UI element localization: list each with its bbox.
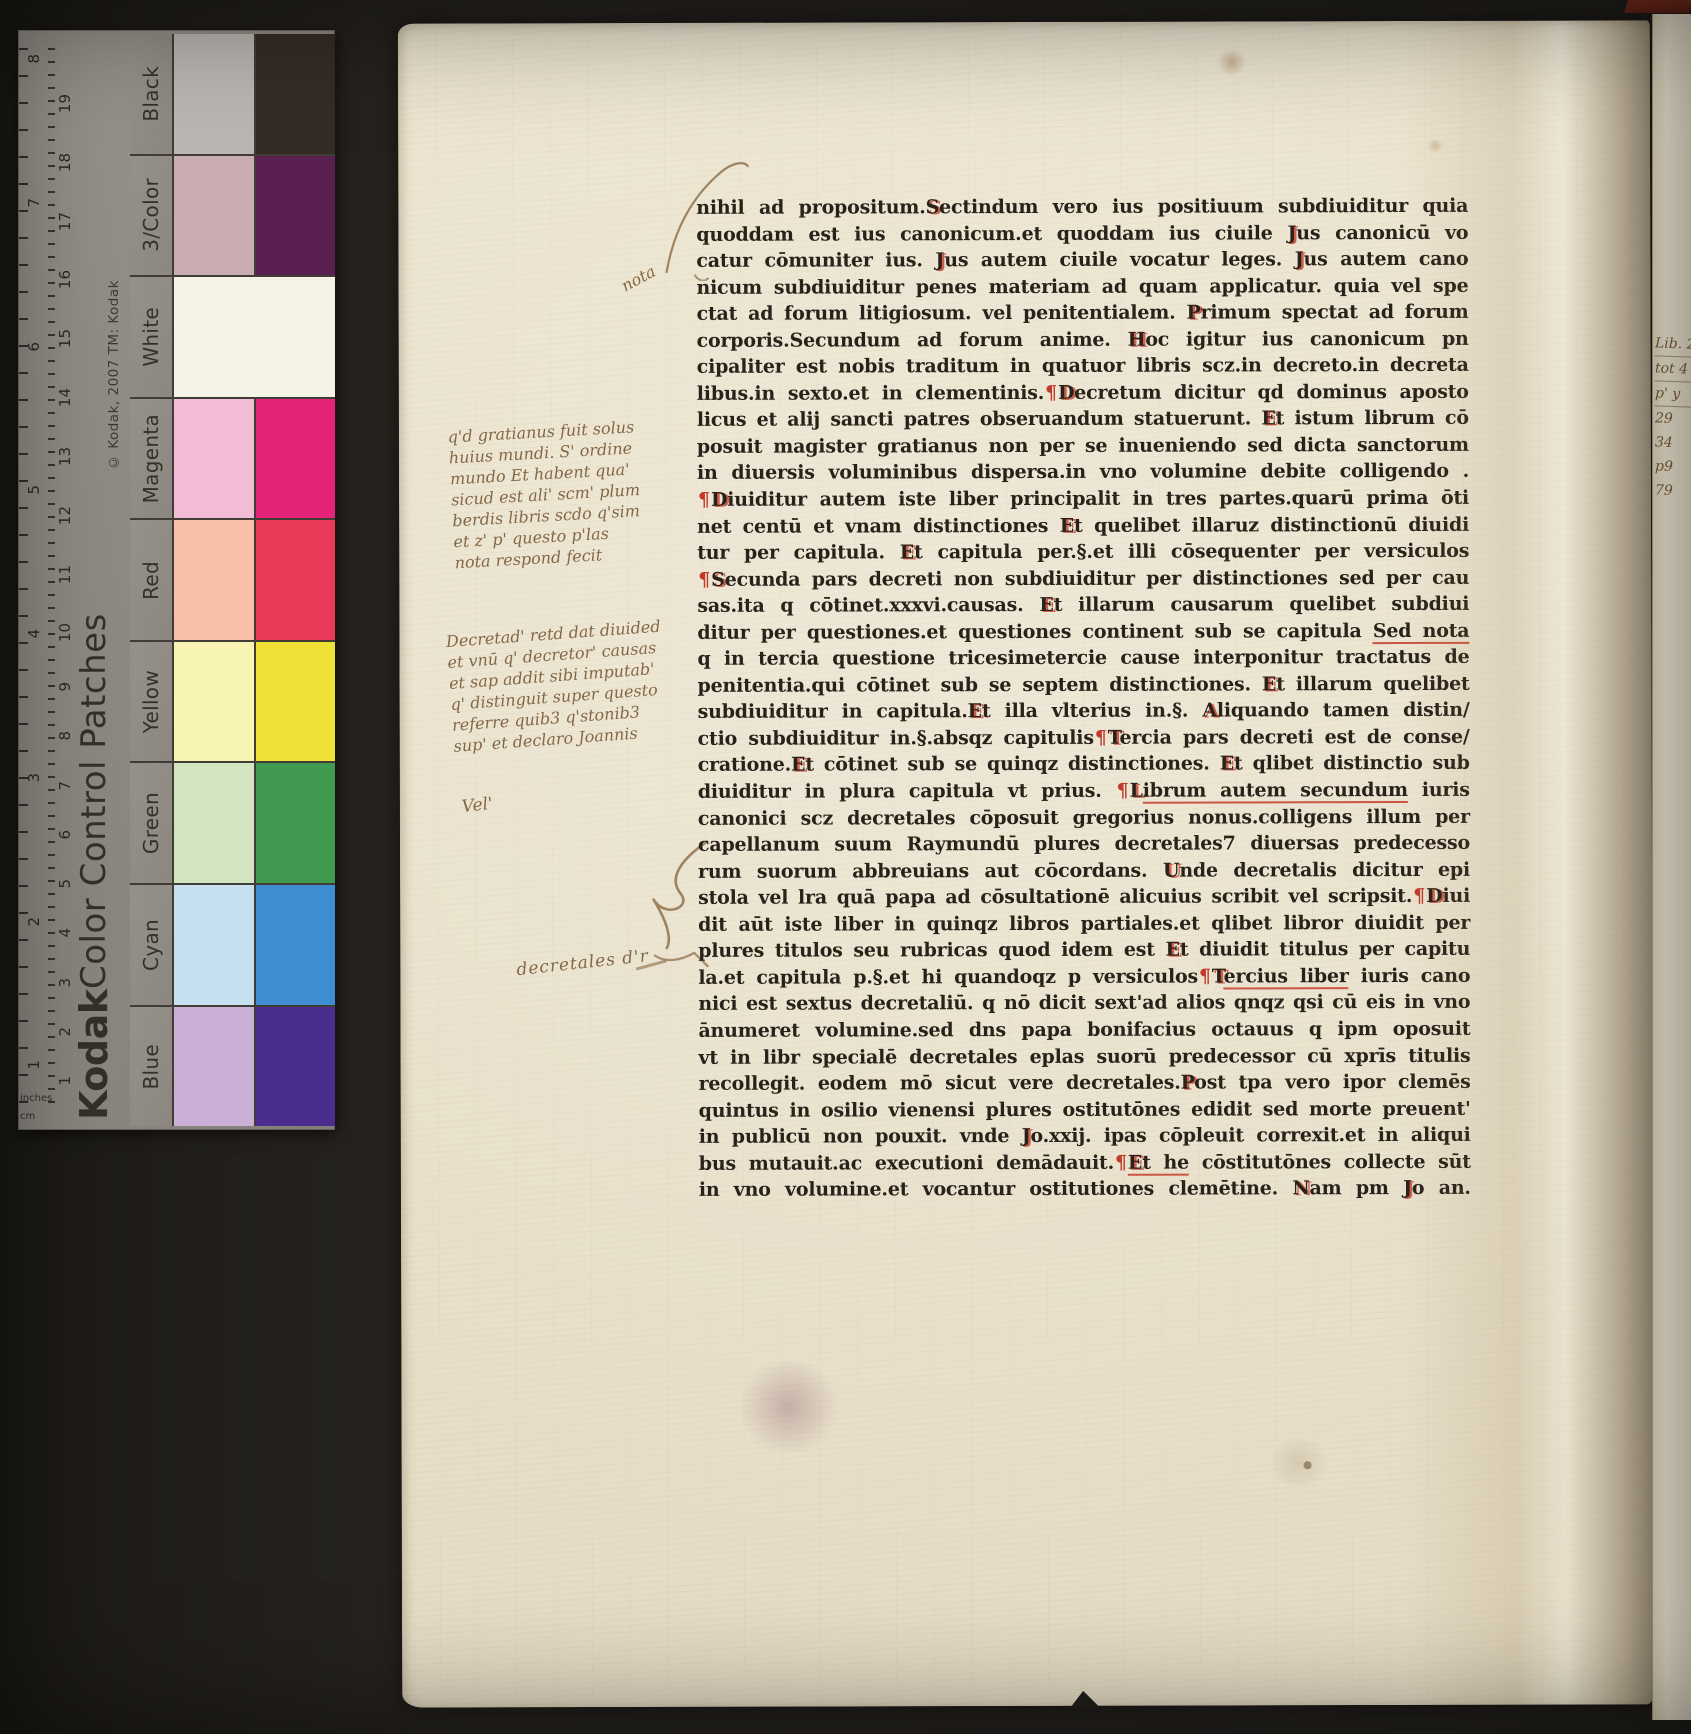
patch-label-black: Black (139, 66, 163, 122)
rubricated-text: E (1262, 673, 1276, 695)
text-line: diuiditur in plura capitula vt prius. ¶L… (698, 777, 1470, 806)
text-line: ¶Secunda pars decreti non subdiuiditur p… (697, 564, 1469, 593)
text-line: catur cōmuniter ius. Jus autem ciuile vo… (696, 246, 1468, 275)
smudge-stain (1264, 1439, 1334, 1485)
rubricated-text: J (1287, 222, 1296, 244)
text-line: net centū et vnam distinctiones Et queli… (697, 511, 1469, 540)
text-segment: posuit magister gratianus non per se inu… (697, 434, 1469, 458)
text-line: ctio subdiuiditur in.§.absqz capitulis¶T… (698, 724, 1470, 753)
text-segment: sas.ita q cōtinet.xxxvi.causas. (697, 594, 1039, 617)
margin-note-decretales: decretales d'r (516, 946, 650, 981)
margin-nota-mark: nota (618, 262, 659, 296)
patch-label-cell: Cyan (130, 885, 172, 1005)
patch-label-cell: White (130, 277, 172, 397)
rubricated-text: E (791, 754, 805, 776)
rubricated-text: t he (1142, 1151, 1189, 1175)
ink-stain (731, 1360, 846, 1452)
text-line: ānumeret volumine.sed dns papa bonifaciu… (698, 1016, 1470, 1045)
text-segment: ecunda pars decreti non subdiuiditur per… (725, 566, 1470, 590)
rubricated-text: D (1426, 885, 1442, 907)
patch-label-cell: 3/Color (130, 156, 172, 276)
text-segment: nihil ad propositum. (696, 196, 925, 219)
text-segment: in diuersis voluminibus dispersa.in vno … (697, 460, 1469, 484)
patch-row-blue: Blue (130, 1007, 335, 1127)
rubricated-text: T (1212, 965, 1224, 987)
rubricated-text: E (1165, 939, 1179, 961)
rubricated-text: D (1058, 382, 1074, 404)
rubricated-text: T (1108, 727, 1120, 749)
color-patch-black-full (256, 34, 336, 154)
text-line: vt in libr specialē decretales eplas suo… (698, 1042, 1470, 1071)
patch-label-yellow: Yellow (139, 670, 163, 733)
text-line: in diuersis voluminibus dispersa.in vno … (697, 458, 1469, 487)
patch-label-white: White (139, 307, 163, 367)
rubricated-text: D (711, 489, 727, 511)
color-patch-black-light (174, 34, 254, 154)
text-segment: ditur per questiones.et questiones conti… (697, 620, 1373, 644)
text-line: in vno volumine.et vocantur ostitutiones… (699, 1175, 1471, 1204)
fore-edge-jotting: 79 (1655, 478, 1691, 503)
text-segment: nicum subdiuiditur penes materiam ad qua… (696, 274, 1468, 298)
ruler-inch-number: 3 (25, 773, 43, 783)
ruler-cm-number: 16 (56, 270, 74, 289)
text-segment: rimum spectat ad forum (1201, 301, 1469, 324)
ruler-unit-cm: cm (20, 1111, 35, 1122)
rubricated-text: J (1295, 248, 1304, 270)
text-line: corporis.Secundum ad forum anime. Hoc ig… (697, 326, 1469, 355)
ruler-inch-number: 2 (25, 917, 43, 927)
foxing-stain (1216, 49, 1248, 75)
text-segment: us canonicū vo (1296, 221, 1468, 243)
text-line: posuit magister gratianus non per se inu… (697, 432, 1469, 461)
text-segment: t diuidit titulus per capitu (1180, 938, 1470, 961)
text-line: subdiuiditur in capitula.Et illa vlteriu… (698, 697, 1470, 726)
patch-row-magenta: Magenta (130, 399, 335, 519)
text-line: quoddam est ius canonicum.et quoddam ius… (696, 219, 1468, 248)
margin-note-gloss: Vel' (461, 794, 494, 818)
rubricated-text: E (1039, 594, 1053, 616)
binding-edge (1624, 0, 1691, 13)
color-patch-3color-full (256, 156, 336, 276)
text-line: capellanum suum Raymundū plures decretal… (698, 830, 1470, 859)
rubricated-text: E (1261, 408, 1275, 430)
fore-edge-jotting: tot 4 (1655, 356, 1691, 382)
text-segment: in publicū non pouxit. vnde (699, 1125, 1022, 1148)
rubricated-text: J (1022, 1125, 1031, 1147)
text-line: dit aūt iste liber in quinqz libros part… (698, 910, 1470, 939)
text-line: plures titulos seu rubricas quod idem es… (698, 936, 1470, 965)
text-line: nici est sextus decretaliū. q nō dicit s… (698, 989, 1470, 1018)
fore-edge-jotting: 29 (1655, 406, 1691, 431)
text-line: sas.ita q cōtinet.xxxvi.causas. Et illar… (697, 591, 1469, 620)
ruler-cm-number: 14 (56, 388, 74, 407)
patch-row-white: White (130, 277, 335, 397)
text-line: in publicū non pouxit. vnde Jo.xxij. ipa… (699, 1122, 1471, 1151)
ruler-inch-number: 8 (25, 54, 43, 64)
text-segment: t illarum causarum quelibet subdiui (1054, 593, 1470, 616)
patch-label-blue: Blue (139, 1044, 163, 1089)
color-patch-cyan-light (174, 885, 254, 1005)
patch-label-magenta: Magenta (139, 414, 163, 503)
text-segment: la.et capitula p.§.et hi quandoqz p vers… (698, 965, 1198, 988)
fore-edge-jotting: Lib. 2 (1655, 331, 1691, 357)
rubricated-text: E (1060, 514, 1074, 536)
text-segment: ost tpa vero ipor clemēs (1194, 1071, 1470, 1094)
text-segment: recollegit. eodem mō sicut vere decretal… (699, 1072, 1181, 1095)
color-patch-magenta-full (256, 399, 336, 519)
rubricated-text: H (1128, 328, 1146, 350)
rubricated-text: S (926, 196, 940, 218)
rubricated-text: E (1220, 753, 1234, 775)
rubricated-text: J (935, 249, 944, 271)
patch-label-cell: Red (130, 520, 172, 640)
text-segment: us autem cano (1303, 248, 1468, 270)
text-segment: am pm (1309, 1177, 1403, 1199)
page-tear (1070, 1691, 1100, 1708)
fore-edge-jottings: Lib. 2tot 4p' y2934p979 (1655, 332, 1691, 503)
text-segment: ctio subdiuiditur in.§.absqz capitulis (698, 727, 1094, 750)
kodak-title-rest: Color Control Patches (74, 614, 114, 990)
patch-label-red: Red (139, 561, 163, 600)
kodak-brand-title: Kodak Color Control Patches (72, 440, 116, 1120)
patch-row-cyan: Cyan (130, 885, 335, 1005)
ink-speck (1304, 1461, 1312, 1469)
color-patch-green-full (256, 763, 336, 883)
rubricated-text: N (1292, 1177, 1309, 1199)
rubricated-text: U (1163, 859, 1179, 881)
text-segment: dit aūt iste liber in quinqz libros part… (698, 912, 1470, 936)
text-segment: bus mutauit.ac executioni demādauit. (699, 1151, 1114, 1174)
text-segment: nde decretalis dicitur epi (1179, 859, 1470, 882)
color-patch-magenta-light (174, 399, 254, 519)
color-patch-red-full (256, 520, 336, 640)
rubricated-text: S (711, 568, 725, 590)
text-line: licus et alij sancti patres obseruandum … (697, 405, 1469, 434)
patch-label-3color: 3/Color (139, 178, 163, 252)
rubricated-text: ercius liber (1224, 965, 1349, 989)
text-line: ditur per questiones.et questiones conti… (697, 618, 1469, 647)
text-segment: diuiditur in plura capitula vt prius. (698, 780, 1116, 803)
text-line: cratione.Et cōtinet sub se quinqz distin… (698, 750, 1470, 779)
text-segment: t illa vlterius in.§. (982, 700, 1202, 723)
text-segment: t capitula per.§.et illi cōsequenter per… (914, 540, 1469, 563)
text-segment: o.xxij. ipas cōpleuit correxit.et in ali… (1030, 1124, 1470, 1147)
ruler-cm-number: 19 (56, 94, 74, 113)
rubricated-text: ¶ (1114, 1151, 1128, 1173)
text-segment: t cōtinet sub se quinqz distinctiones. (805, 753, 1219, 776)
text-segment: t istum librum cō (1276, 407, 1469, 430)
text-segment: catur cōmuniter ius. (696, 249, 935, 272)
text-line: recollegit. eodem mō sicut vere decretal… (699, 1069, 1471, 1098)
patch-row-yellow: Yellow (130, 642, 335, 762)
ruler-inch-number: 5 (25, 485, 43, 495)
text-segment: ectindum vero ius positiuum subdiuiditur… (939, 195, 1468, 218)
text-segment: penitentia.qui cōtinet sub se septem dis… (698, 673, 1262, 696)
text-segment: capellanum suum Raymundū plures decretal… (698, 832, 1470, 856)
text-segment: canonici scz decretales cōposuit gregori… (698, 805, 1470, 829)
text-segment: libus.in sexto.et in clementinis. (697, 382, 1044, 405)
kodak-color-strip: 87654321 19181716151413121110987654321 ©… (18, 30, 335, 1130)
text-segment: licus et alij sancti patres obseruandum … (697, 408, 1262, 431)
text-line: bus mutauit.ac executioni demādauit.¶Et … (699, 1149, 1471, 1178)
rubricated-text: ¶ (697, 489, 711, 511)
text-line: quintus in osilio vienensi plures ostitu… (699, 1095, 1471, 1124)
rubricated-text: ¶ (1198, 965, 1212, 987)
ruler-unit-inches: inches (20, 1093, 52, 1104)
text-segment: ercia pars decreti est de conse/ (1119, 726, 1469, 749)
rubricated-text: L (1130, 780, 1143, 802)
color-patch-cyan-full (256, 885, 336, 1005)
text-segment: rum suorum abbreuians aut cōcordans. (698, 859, 1163, 882)
rubricated-text: P (1186, 302, 1200, 324)
rubricated-text: E (1128, 1151, 1142, 1175)
text-line: stola vel lra quā papa ad cōsultationē a… (698, 883, 1470, 912)
color-patch-blue-light (174, 1007, 254, 1127)
ruler-inch-numbers: 87654321 (22, 54, 46, 1070)
color-patch-green-light (174, 763, 254, 883)
text-segment: liquando tamen distin/ (1217, 699, 1470, 722)
text-segment: oc igitur ius canonicum pn (1145, 328, 1468, 351)
color-patch-blue-full (256, 1007, 336, 1127)
patch-label-cell: Magenta (130, 399, 172, 519)
rubricated-text: Sed nota (1373, 620, 1470, 644)
text-segment: quoddam est ius canonicum.et quoddam ius… (696, 222, 1287, 246)
text-line: nicum subdiuiditur penes materiam ad qua… (696, 272, 1468, 301)
text-segment: tur per capitula. (697, 541, 900, 564)
text-segment: ānumeret volumine.sed dns papa bonifaciu… (698, 1018, 1470, 1042)
patch-label-cell: Yellow (130, 642, 172, 762)
ruler-inch-number: 6 (25, 342, 43, 352)
ruler-cm-number: 18 (56, 153, 74, 172)
text-line: cipaliter est nobis traditum in quatuor … (697, 352, 1469, 381)
patch-label-cyan: Cyan (139, 919, 163, 971)
next-page-edge: Lib. 2tot 4p' y2934p979 (1652, 14, 1691, 1720)
text-segment: iuris (1408, 779, 1470, 801)
text-segment: ctat ad forum litigiosum. vel penitentia… (697, 302, 1187, 325)
color-patch-grid: Black3/ColorWhiteMagentaRedYellowGreenCy… (130, 34, 335, 1126)
fore-edge-jotting: p' y (1655, 381, 1691, 407)
text-segment: t qlibet distinctio sub (1234, 752, 1470, 775)
text-segment: subdiuiditur in capitula. (698, 701, 968, 724)
text-line: ¶Diuiditur autem iste liber principalit … (697, 485, 1469, 514)
text-segment: cōstitutōnes collecte sūt (1189, 1151, 1471, 1174)
manuscript-page: nota q'd gratianus fuit solushuius mundi… (398, 20, 1654, 1707)
fore-edge-jotting: p9 (1655, 454, 1691, 479)
text-segment: us autem ciuile vocatur leges. (944, 248, 1295, 271)
ruler-inch-number: 7 (25, 198, 43, 208)
text-segment: cratione. (698, 754, 791, 776)
text-line: q in tercia questione tricesimetercie ca… (697, 644, 1469, 673)
text-line: tur per capitula. Et capitula per.§.et i… (697, 538, 1469, 567)
text-segment: t illarum quelibet (1276, 673, 1469, 696)
text-segment: quintus in osilio vienensi plures ostitu… (699, 1097, 1471, 1121)
patch-row-black: Black (130, 34, 335, 154)
text-line: canonici scz decretales cōposuit gregori… (698, 803, 1470, 832)
ruler-inch-number: 4 (25, 629, 43, 639)
text-line: ctat ad forum litigiosum. vel penitentia… (697, 299, 1469, 328)
text-line: rum suorum abbreuians aut cōcordans. Und… (698, 857, 1470, 886)
patch-row-red: Red (130, 520, 335, 640)
rubricated-text: J (1403, 1177, 1412, 1199)
patch-label-green: Green (139, 792, 163, 854)
text-line: libus.in sexto.et in clementinis.¶Decret… (697, 379, 1469, 408)
text-segment: iuris cano (1349, 965, 1471, 987)
foxing-stain (1426, 139, 1444, 153)
patch-label-cell: Black (130, 34, 172, 154)
text-line: penitentia.qui cōtinet sub se septem dis… (697, 671, 1469, 700)
patch-label-cell: Green (130, 763, 172, 883)
rubricated-text: ¶ (1116, 780, 1130, 802)
rubricated-text: ¶ (697, 568, 711, 590)
text-segment: plures titulos seu rubricas quod idem es… (698, 939, 1165, 962)
margin-note-gloss: q'd gratianus fuit solushuius mundi. S' … (447, 416, 644, 573)
ruler-cm-number: 17 (56, 212, 74, 231)
text-segment: iui (1442, 885, 1470, 907)
text-segment: ecretum dicitur qd dominus aposto (1074, 381, 1469, 404)
rubricated-text: ibrum autem secundum (1143, 779, 1408, 804)
rubricated-text: A (1202, 700, 1217, 722)
text-line: la.et capitula p.§.et hi quandoqz p vers… (698, 963, 1470, 992)
text-segment: corporis.Secundum ad forum anime. (697, 328, 1128, 351)
text-segment: stola vel lra quā papa ad cōsultationē a… (698, 885, 1412, 909)
text-segment: vt in libr specialē decretales eplas suo… (698, 1044, 1470, 1068)
kodak-copyright: © Kodak, 2007 TM: Kodak (106, 170, 122, 470)
ruler-inch-number: 1 (25, 1060, 43, 1070)
rubricated-text: P (1181, 1072, 1195, 1094)
photograph-of-manuscript: 87654321 19181716151413121110987654321 ©… (0, 0, 1691, 1734)
text-segment: nici est sextus decretaliū. q nō dicit s… (698, 991, 1470, 1015)
text-segment: o an. (1412, 1177, 1471, 1199)
text-segment: in vno volumine.et vocantur ostitutiones… (699, 1178, 1293, 1202)
fore-edge-jotting: 34 (1655, 430, 1691, 455)
ruler-cm-number: 15 (56, 329, 74, 348)
text-line: nihil ad propositum.Sectindum vero ius p… (696, 193, 1468, 222)
text-segment: iuiditur autem iste liber principalit in… (727, 487, 1469, 511)
patch-row-green: Green (130, 763, 335, 883)
color-patch-yellow-full (256, 642, 336, 762)
color-patch-white (174, 277, 335, 397)
rubricated-text: E (968, 701, 982, 723)
patch-label-cell: Blue (130, 1007, 172, 1127)
rubricated-text: ¶ (1412, 885, 1426, 907)
rubricated-text: ¶ (1044, 382, 1058, 404)
text-segment: q in tercia questione tricesimetercie ca… (697, 646, 1469, 670)
printed-text-block: nihil ad propositum.Sectindum vero ius p… (696, 193, 1471, 1204)
color-patch-3color-light (174, 156, 254, 276)
text-segment: cipaliter est nobis traditum in quatuor … (697, 354, 1469, 378)
text-segment: t quelibet illaruz distinctionū diuidi (1074, 513, 1469, 536)
color-patch-yellow-light (174, 642, 254, 762)
rubricated-text: E (900, 541, 914, 563)
text-segment: net centū et vnam distinctiones (697, 514, 1060, 537)
kodak-logo-text: Kodak (72, 990, 116, 1121)
rubricated-text: ¶ (1094, 727, 1108, 749)
margin-note-gloss: Decretad' retd dat diuidedet vnū q' decr… (445, 616, 669, 757)
color-patch-red-light (174, 520, 254, 640)
patch-row-3color: 3/Color (130, 156, 335, 276)
